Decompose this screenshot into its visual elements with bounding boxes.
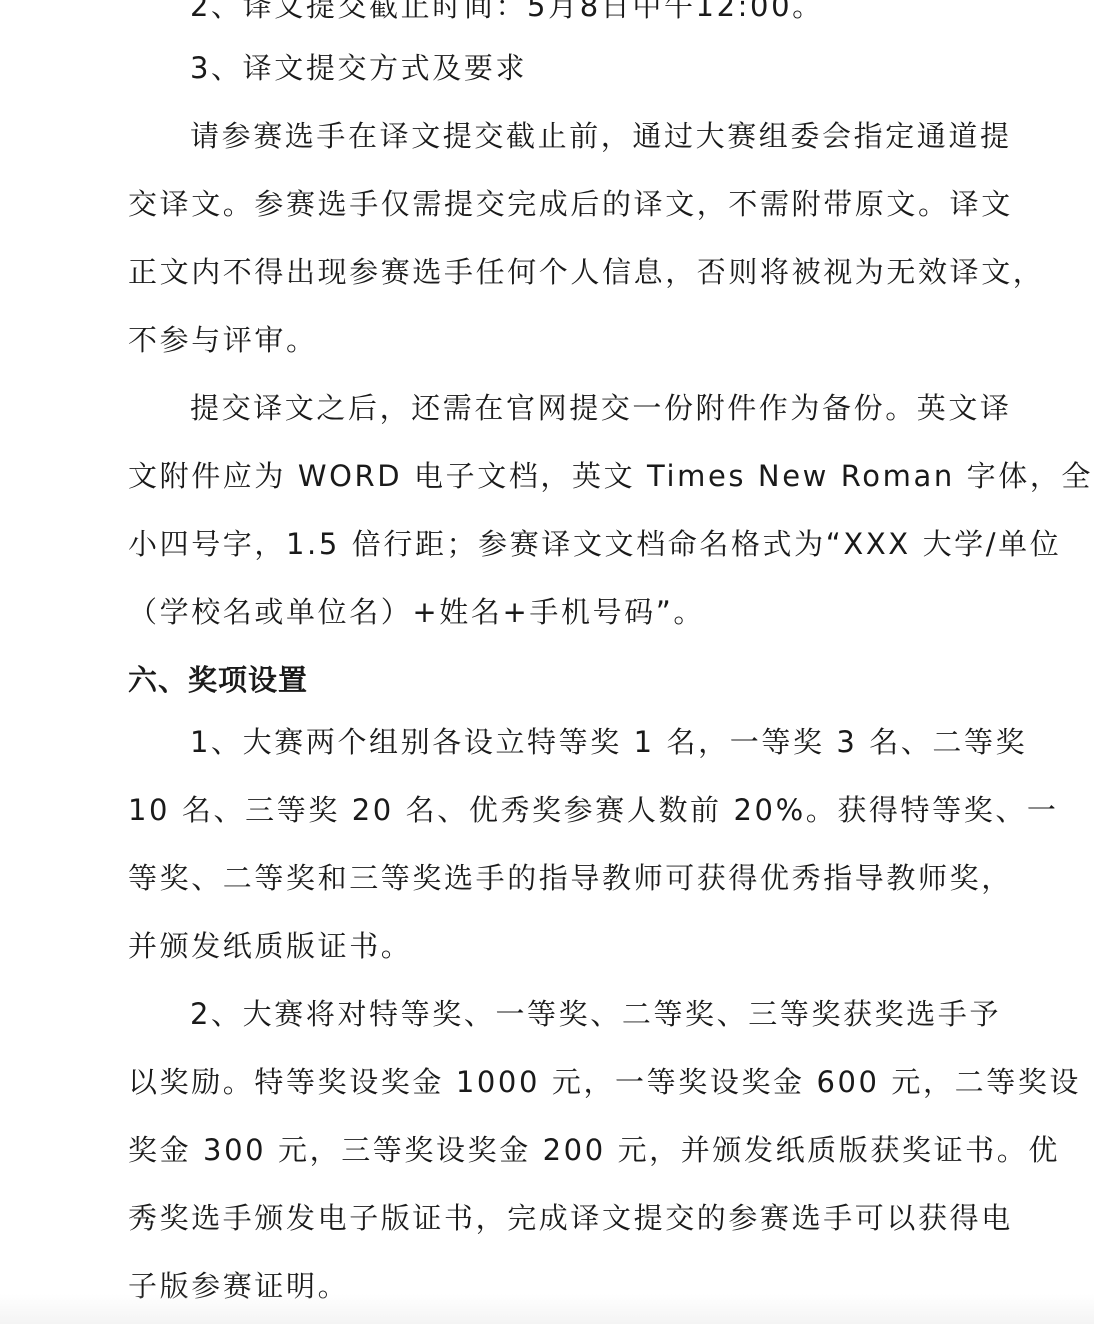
paragraph-line: 1、大赛两个组别各设立特等奖 1 名，一等奖 3 名、二等奖 <box>190 722 1090 762</box>
paragraph-line: 等奖、二等奖和三等奖选手的指导教师可获得优秀指导教师奖， <box>128 858 1028 898</box>
document-page: 2、译文提交截止时间：5月8日中午12:00。 3、译文提交方式及要求 请参赛选… <box>0 0 1094 1324</box>
paragraph-line: （学校名或单位名）+姓名+手机号码”。 <box>128 592 1028 632</box>
section-heading-awards: 六、奖项设置 <box>128 660 1028 700</box>
paragraph-line: 2、大赛将对特等奖、一等奖、二等奖、三等奖获奖选手予 <box>190 994 1090 1034</box>
paragraph-line: 秀奖选手颁发电子版证书，完成译文提交的参赛选手可以获得电 <box>128 1198 1028 1238</box>
paragraph-line: 请参赛选手在译文提交截止前，通过大赛组委会指定通道提 <box>190 116 1090 156</box>
paragraph-line: 以奖励。特等奖设奖金 1000 元，一等奖设奖金 600 元，二等奖设 <box>128 1062 1028 1102</box>
paragraph-line: 10 名、三等奖 20 名、优秀奖参赛人数前 20%。获得特等奖、一 <box>128 790 1028 830</box>
paragraph-line: 提交译文之后，还需在官网提交一份附件作为备份。英文译 <box>190 388 1090 428</box>
paragraph-line: 不参与评审。 <box>128 320 1028 360</box>
paragraph-line: 小四号字，1.5 倍行距；参赛译文文档命名格式为“XXX 大学/单位 <box>128 524 1028 564</box>
paragraph-line: 交译文。参赛选手仅需提交完成后的译文，不需附带原文。译文 <box>128 184 1028 224</box>
page-bottom-shadow <box>0 1294 1094 1324</box>
paragraph-line: 并颁发纸质版证书。 <box>128 926 1028 966</box>
paragraph-line: 正文内不得出现参赛选手任何个人信息，否则将被视为无效译文， <box>128 252 1028 292</box>
paragraph-line: 奖金 300 元，三等奖设奖金 200 元，并颁发纸质版获奖证书。优 <box>128 1130 1028 1170</box>
list-item-submission-method: 3、译文提交方式及要求 <box>190 48 1090 88</box>
list-item-deadline: 2、译文提交截止时间：5月8日中午12:00。 <box>190 0 1090 26</box>
paragraph-line: 文附件应为 WORD 电子文档，英文 Times New Roman 字体，全文 <box>128 456 1028 496</box>
